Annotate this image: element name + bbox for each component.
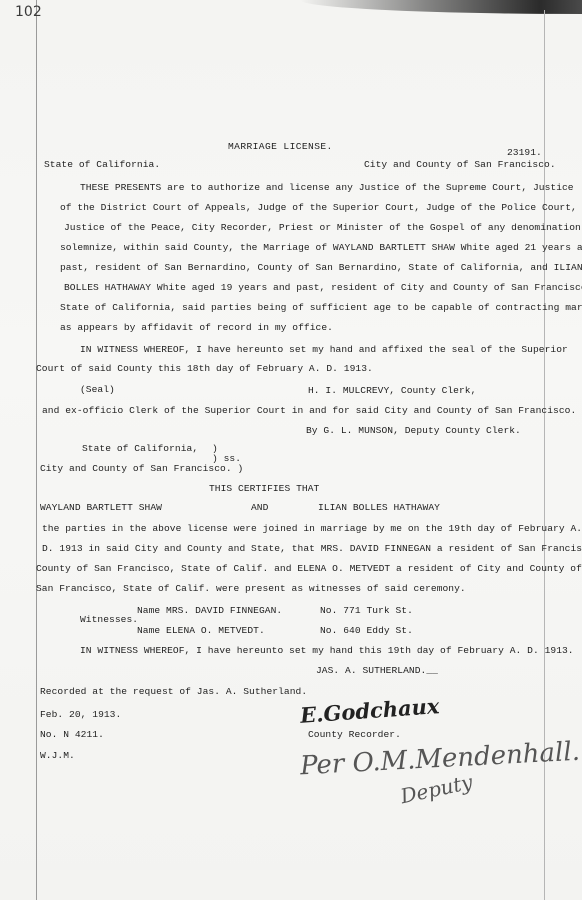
- seal-label: (Seal): [80, 384, 115, 395]
- document-page: 102 MARRIAGE LICENSE. 23191. State of Ca…: [0, 0, 582, 900]
- license-line: THESE PRESENTS are to authorize and lice…: [80, 182, 574, 193]
- bride-name: ILIAN BOLLES HATHAWAY: [318, 502, 440, 513]
- header-state: State of California.: [44, 159, 160, 170]
- witness-name: Name ELENA O. METVEDT.: [137, 625, 265, 636]
- certificate-witness-whereof: IN WITNESS WHEREOF, I have hereunto set …: [80, 645, 574, 656]
- page-number: 102: [15, 4, 42, 20]
- witness-address: No. 640 Eddy St.: [320, 625, 413, 636]
- recording-initials: W.J.M.: [40, 750, 75, 761]
- and-label: AND: [251, 502, 268, 513]
- license-line: of the District Court of Appeals, Judge …: [60, 202, 577, 213]
- groom-name: WAYLAND BARTLETT SHAW: [40, 502, 162, 513]
- license-line: past, resident of San Bernardino, County…: [60, 262, 582, 273]
- witness-name: Name MRS. DAVID FINNEGAN.: [137, 605, 282, 616]
- license-line: Justice of the Peace, City Recorder, Pri…: [64, 222, 582, 233]
- deputy-clerk: By G. L. MUNSON, Deputy County Clerk.: [306, 425, 521, 436]
- county-clerk: H. I. MULCREVY, County Clerk,: [308, 385, 476, 396]
- recording-date: Feb. 20, 1913.: [40, 709, 121, 720]
- license-line: solemnize, within said County, the Marri…: [60, 242, 582, 253]
- document-title: MARRIAGE LICENSE.: [228, 141, 333, 152]
- recorder-title: County Recorder.: [308, 729, 401, 740]
- witness-address: No. 771 Turk St.: [320, 605, 413, 616]
- clerk-ex-officio: and ex-officio Clerk of the Superior Cou…: [42, 405, 576, 416]
- certificate-heading: THIS CERTIFIES THAT: [209, 483, 319, 494]
- license-line: BOLLES HATHAWAY White aged 19 years and …: [64, 282, 582, 293]
- license-line: as appears by affidavit of record in my …: [60, 322, 333, 333]
- left-margin-rule: [36, 0, 37, 900]
- deputy-signature: Per O.M.Mendenhall.: [299, 737, 580, 782]
- license-witness-line: Court of said County this 18th day of Fe…: [36, 363, 373, 374]
- recorder-signature: E.Godchaux: [299, 693, 440, 728]
- record-number: 23191.: [507, 147, 542, 158]
- venue-state: State of California,: [82, 443, 198, 454]
- certificate-line: the parties in the above license were jo…: [42, 523, 582, 534]
- page-edge-shadow: [300, 0, 582, 14]
- recording-request: Recorded at the request of Jas. A. Suthe…: [40, 686, 307, 697]
- recording-number: No. N 4211.: [40, 729, 104, 740]
- license-witness-line: IN WITNESS WHEREOF, I have hereunto set …: [80, 344, 568, 355]
- license-line: State of California, said parties being …: [60, 302, 582, 313]
- witnesses-label: Witnesses.: [80, 614, 138, 625]
- certificate-line: D. 1913 in said City and County and Stat…: [42, 543, 582, 554]
- certificate-line: County of San Francisco, State of Calif.…: [36, 563, 582, 574]
- venue-county: City and County of San Francisco. ): [40, 463, 243, 474]
- header-county: City and County of San Francisco.: [364, 159, 556, 170]
- officiant-name: JAS. A. SUTHERLAND.__: [316, 665, 438, 676]
- certificate-line: San Francisco, State of Calif. were pres…: [36, 583, 466, 594]
